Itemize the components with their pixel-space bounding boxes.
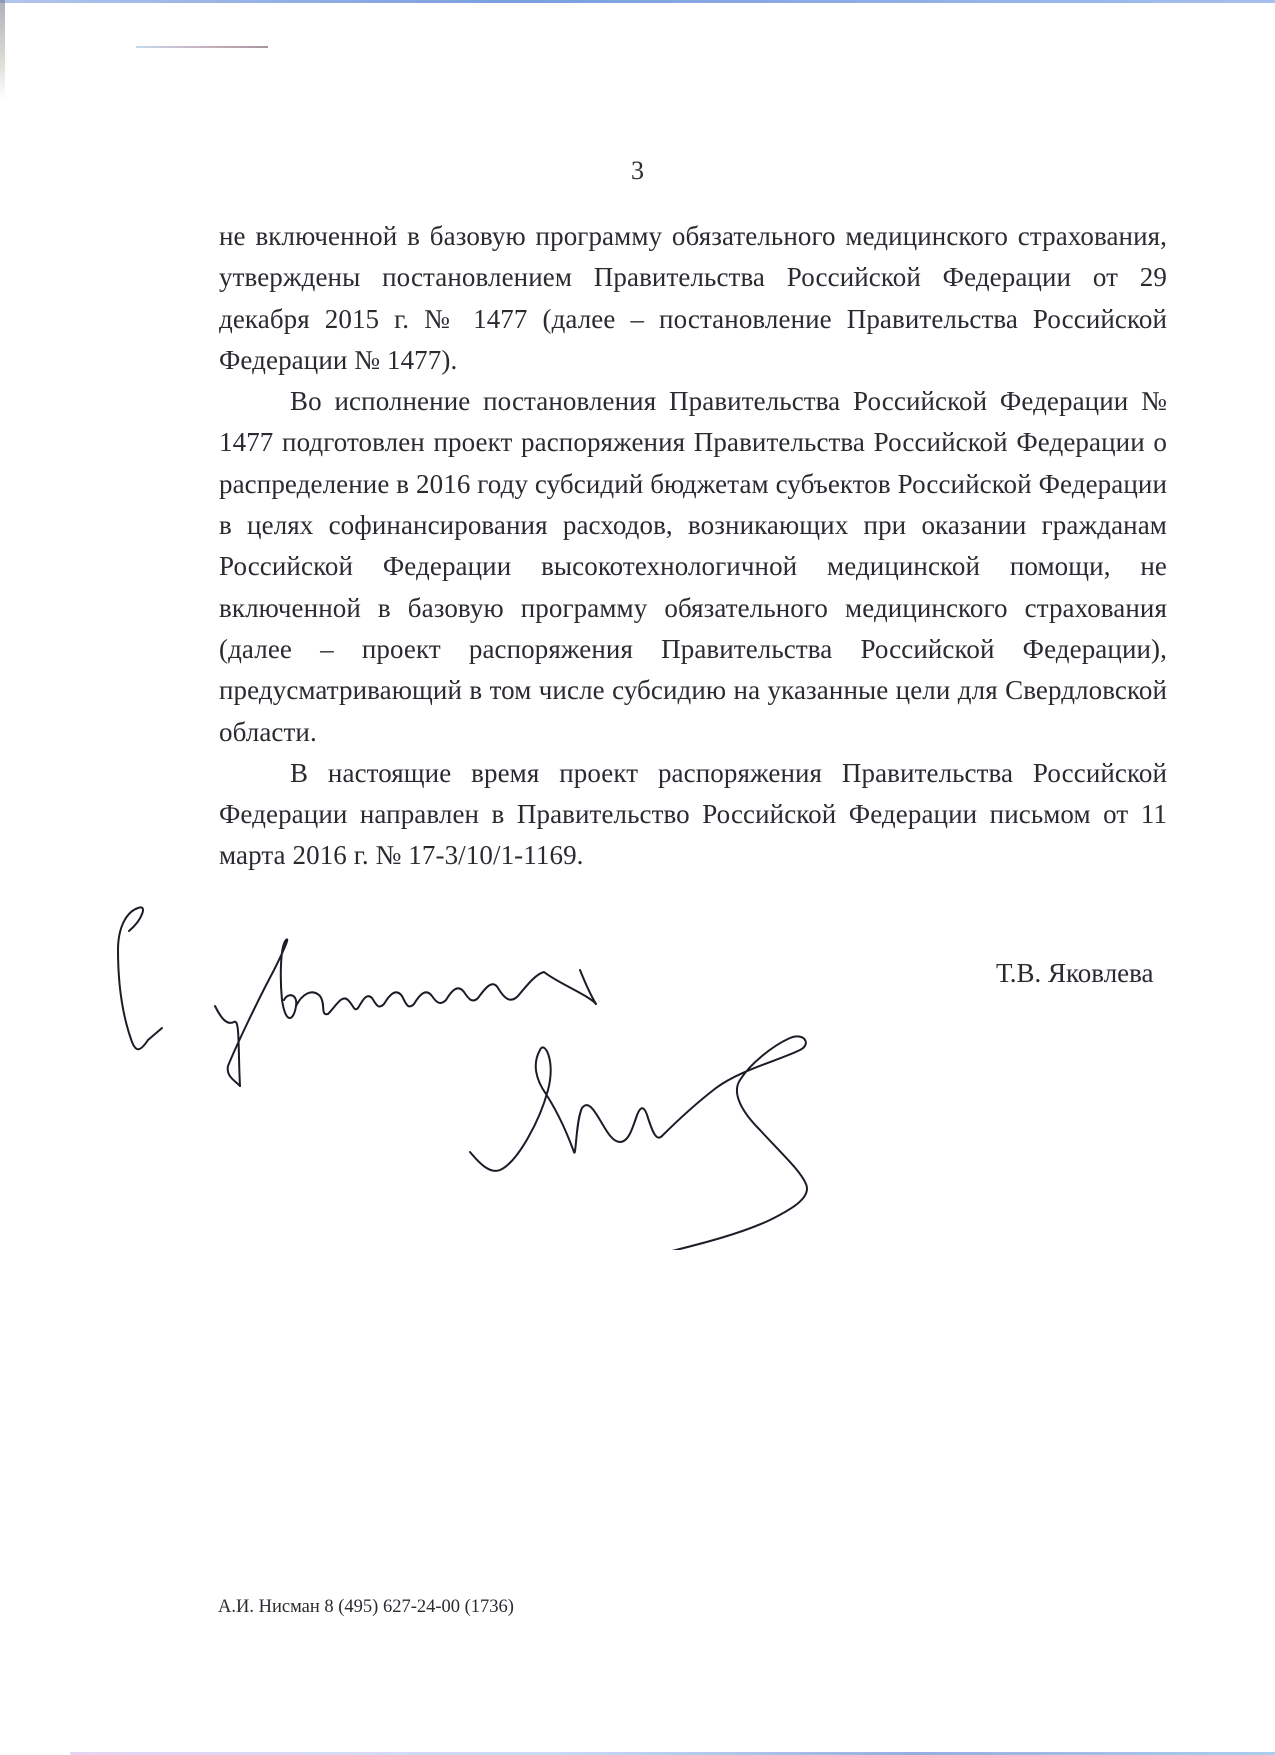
scan-corner-mark bbox=[136, 46, 268, 48]
page-number: 3 bbox=[0, 156, 1275, 186]
scan-left-edge bbox=[0, 0, 5, 100]
paragraph-1: не включенной в базовую программу обязат… bbox=[219, 216, 1167, 381]
signatory-name: Т.В. Яковлева bbox=[996, 957, 1154, 989]
executor-contact: А.И. Нисман 8 (495) 627-24-00 (1736) bbox=[218, 1596, 514, 1618]
scan-top-edge bbox=[0, 0, 1275, 3]
letter-body: не включенной в базовую программу обязат… bbox=[219, 216, 1167, 877]
paragraph-3: В настоящие время проект распоряжения Пр… bbox=[219, 753, 1167, 877]
signature-icon bbox=[100, 880, 920, 1250]
handwritten-signature bbox=[100, 880, 920, 1250]
paragraph-2: Во исполнение постановления Правительств… bbox=[219, 381, 1167, 753]
